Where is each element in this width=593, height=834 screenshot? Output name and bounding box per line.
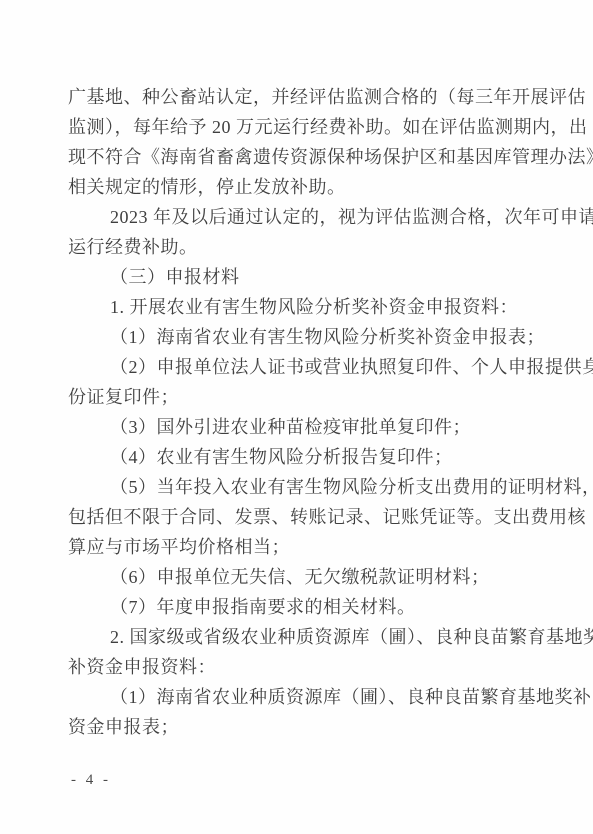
list-item-line: （1）海南省农业种质资源库（圃）、良种良苗繁育基地奖补 [68,682,546,712]
document-page: 广基地、种公畜站认定，并经评估监测合格的（每三年开展评估 监测），每年给予 20… [0,0,593,834]
list-item-line: （1）海南省农业有害生物风险分析奖补资金申报表； [68,322,546,352]
list-item-line: （6）申报单位无失信、无欠缴税款证明材料； [68,562,546,592]
document-body-text: 广基地、种公畜站认定，并经评估监测合格的（每三年开展评估 监测），每年给予 20… [68,82,546,742]
list-item-line: 1. 开展农业有害生物风险分析奖补资金申报资料： [68,292,546,322]
list-item-line: 2. 国家级或省级农业种质资源库（圃）、良种良苗繁育基地奖 [68,622,546,652]
text-line: 监测），每年给予 20 万元运行经费补助。如在评估监测期内，出 [68,112,546,142]
list-item-line: （2）申报单位法人证书或营业执照复印件、个人申报提供身 [68,352,546,382]
text-line: 资金申报表； [68,712,546,742]
text-line: 运行经费补助。 [68,232,546,262]
text-line: 现不符合《海南省畜禽遗传资源保种场保护区和基因库管理办法》 [68,142,546,172]
list-item-line: （5）当年投入农业有害生物风险分析支出费用的证明材料， [68,472,546,502]
text-line: 相关规定的情形，停止发放补助。 [68,172,546,202]
list-item-line: （4）农业有害生物风险分析报告复印件； [68,442,546,472]
text-line: 补资金申报资料： [68,652,546,682]
section-heading-line: （三）申报材料 [68,262,546,292]
text-line: 包括但不限于合同、发票、转账记录、记账凭证等。支出费用核 [68,502,546,532]
text-line: 算应与市场平均价格相当； [68,532,546,562]
text-line: 广基地、种公畜站认定，并经评估监测合格的（每三年开展评估 [68,82,546,112]
page-number: - 4 - [71,772,111,789]
text-line: 2023 年及以后通过认定的，视为评估监测合格，次年可申请 [68,202,546,232]
list-item-line: （3）国外引进农业种苗检疫审批单复印件； [68,412,546,442]
list-item-line: （7）年度申报指南要求的相关材料。 [68,592,546,622]
text-line: 份证复印件； [68,382,546,412]
